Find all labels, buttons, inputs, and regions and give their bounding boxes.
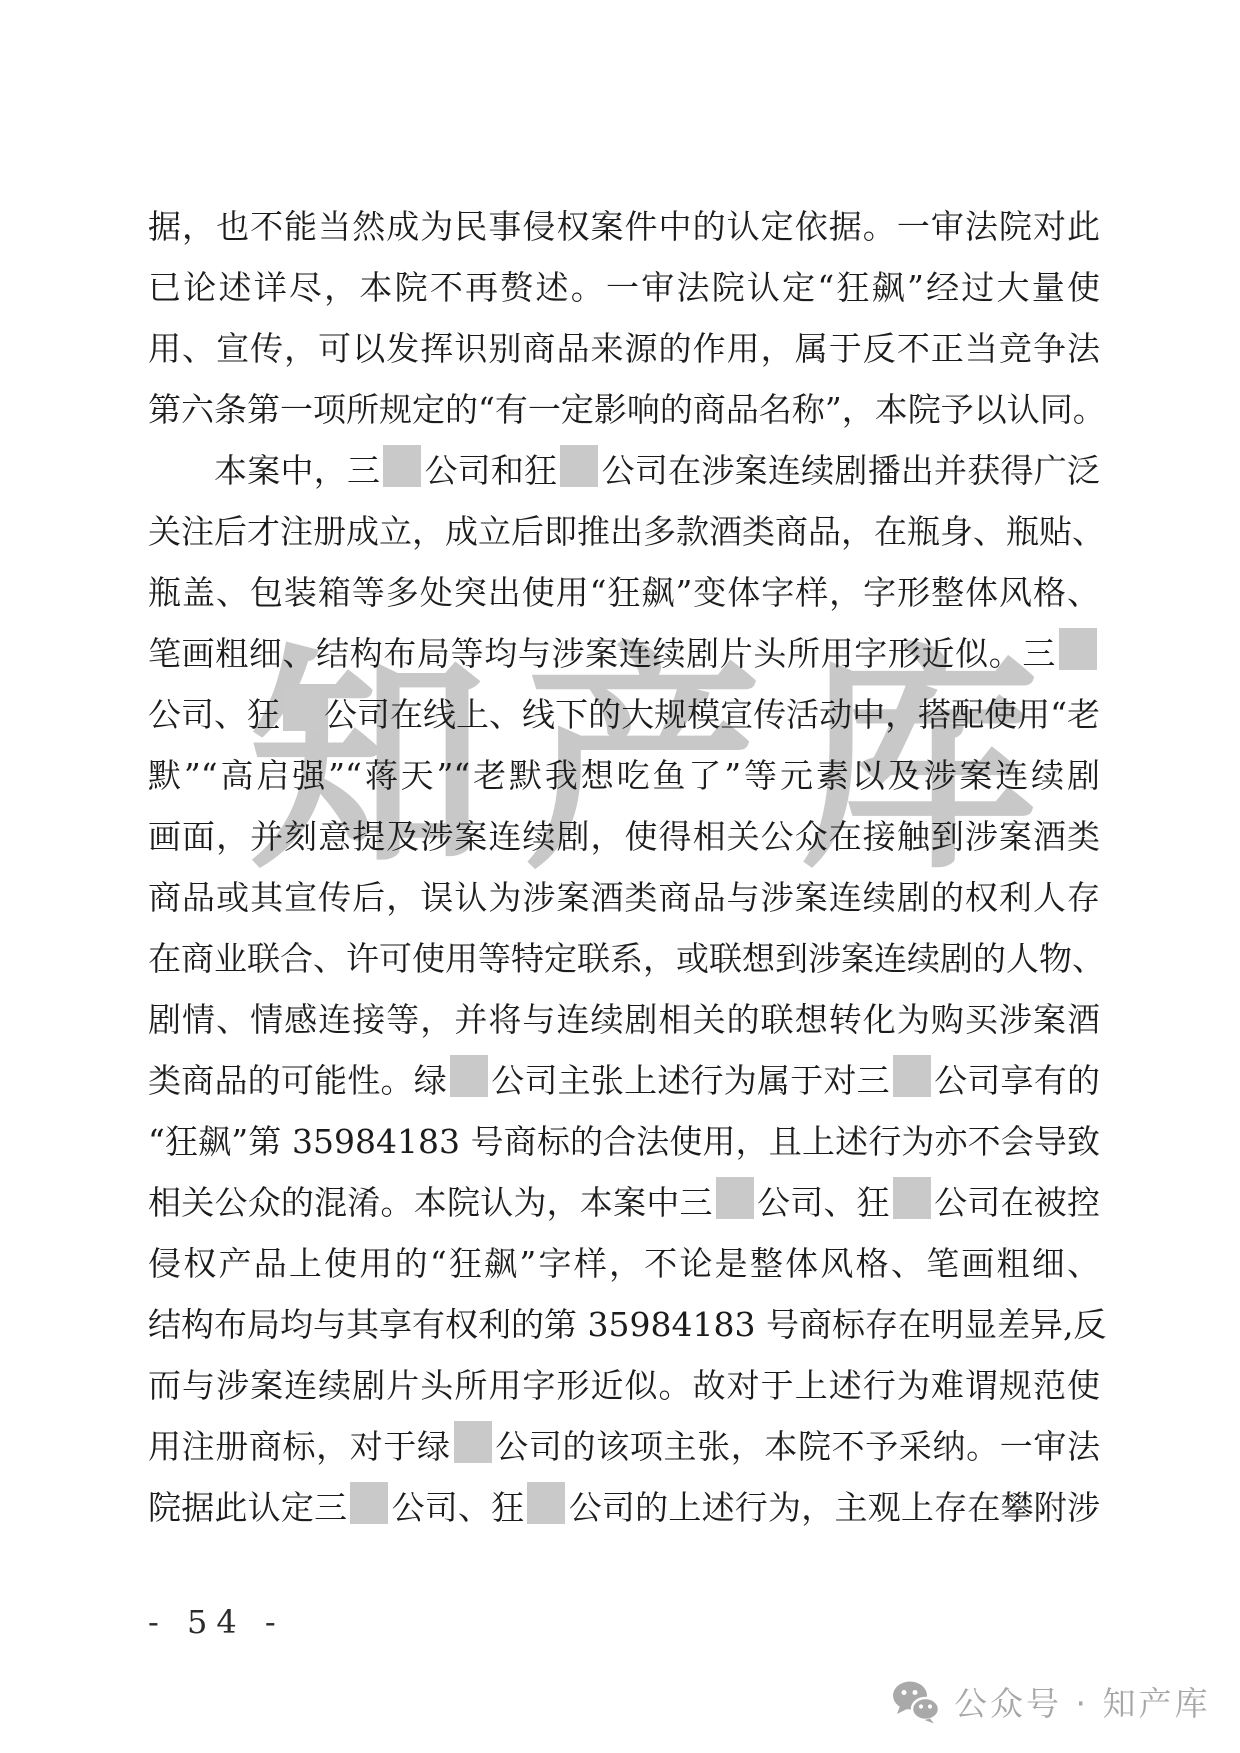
text-segment: 院据此认定三 xyxy=(148,1488,347,1527)
redaction-box xyxy=(893,1055,931,1097)
text-segment: 剧情、情感连接等，并将与连续剧相关的联想转化为购买涉案酒 xyxy=(148,1000,1100,1039)
redaction-box xyxy=(893,1177,931,1219)
paragraph-lines: 据，也不能当然成为民事侵权案件中的认定依据。一审法院对此已论述详尽，本院不再赘述… xyxy=(148,196,1100,1538)
text-segment: 瓶盖、包装箱等多处突出使用“狂飙”变体字样，字形整体风格、 xyxy=(148,573,1100,612)
text-line: 院据此认定三公司、狂公司的上述行为，主观上存在攀附涉 xyxy=(148,1477,1100,1538)
page-number: - 54 - xyxy=(148,1603,285,1641)
text-line: 据，也不能当然成为民事侵权案件中的认定依据。一审法院对此 xyxy=(148,196,1100,257)
text-line: 本案中，三公司和狂公司在涉案连续剧播出并获得广泛 xyxy=(148,440,1100,501)
redaction-box xyxy=(350,1482,388,1524)
document-page: 知产库 据，也不能当然成为民事侵权案件中的认定依据。一审法院对此已论述详尽，本院… xyxy=(0,0,1240,1753)
text-segment: 公司在线上、线下的大规模宣传活动中，搭配使用“老 xyxy=(324,695,1100,734)
text-line: 瓶盖、包装箱等多处突出使用“狂飙”变体字样，字形整体风格、 xyxy=(148,562,1100,623)
redaction-box xyxy=(450,1055,488,1097)
text-segment: 公司的上述行为，主观上存在攀附涉 xyxy=(568,1488,1100,1527)
text-segment: 笔画粗细、结构布局等均与涉案连续剧片头所用字形近似。三 xyxy=(148,634,1056,673)
text-segment: “狂飙”第 35984183 号商标的合法使用，且上述行为亦不会导致 xyxy=(148,1122,1100,1161)
text-segment: 结构布局均与其享有权利的第 35984183 号商标存在明显差异,反 xyxy=(148,1305,1106,1344)
redaction-box xyxy=(560,445,598,487)
text-segment: 公司在涉案连续剧播出并获得广泛 xyxy=(601,451,1100,490)
text-line: 用注册商标，对于绿公司的该项主张，本院不予采纳。一审法 xyxy=(148,1416,1100,1477)
text-segment: 画面，并刻意提及涉案连续剧，使得相关公众在接触到涉案酒类 xyxy=(148,817,1100,856)
text-line: 商品或其宣传后，误认为涉案酒类商品与涉案连续剧的权利人存 xyxy=(148,867,1100,928)
text-segment: 用注册商标，对于绿 xyxy=(148,1427,451,1466)
text-segment: 公司和狂 xyxy=(424,451,557,490)
text-line: 在商业联合、许可使用等特定联系，或联想到涉案连续剧的人物、 xyxy=(148,928,1100,989)
text-line: 相关公众的混淆。本院认为，本案中三公司、狂公司在被控 xyxy=(148,1172,1100,1233)
redaction-box xyxy=(1059,628,1097,670)
text-segment: 公司主张上述行为属于对三 xyxy=(491,1061,890,1100)
text-line: 笔画粗细、结构布局等均与涉案连续剧片头所用字形近似。三 xyxy=(148,623,1100,684)
text-segment: 用、宣传，可以发挥识别商品来源的作用，属于反不正当竞争法 xyxy=(148,329,1100,368)
text-line: 侵权产品上使用的“狂飙”字样，不论是整体风格、笔画粗细、 xyxy=(148,1233,1100,1294)
text-segment: 侵权产品上使用的“狂飙”字样，不论是整体风格、笔画粗细、 xyxy=(148,1244,1100,1283)
text-segment: 默”“高启强”“蒋天”“老默我想吃鱼了”等元素以及涉案连续剧 xyxy=(148,756,1100,795)
text-segment: 关注后才注册成立，成立后即推出多款酒类商品，在瓶身、瓶贴、 xyxy=(148,512,1105,551)
text-line: 而与涉案连续剧片头所用字形近似。故对于上述行为难谓规范使 xyxy=(148,1355,1100,1416)
text-segment: 类商品的可能性。绿 xyxy=(148,1061,447,1100)
redaction-box xyxy=(454,1421,492,1463)
wechat-icon xyxy=(891,1680,941,1724)
text-line: 关注后才注册成立，成立后即推出多款酒类商品，在瓶身、瓶贴、 xyxy=(148,501,1100,562)
redaction-box xyxy=(527,1482,565,1524)
text-segment: 公司、狂 xyxy=(391,1488,524,1527)
text-segment: 据，也不能当然成为民事侵权案件中的认定依据。一审法院对此 xyxy=(148,207,1100,246)
text-segment: 在商业联合、许可使用等特定联系，或联想到涉案连续剧的人物、 xyxy=(148,939,1105,978)
redaction-box xyxy=(383,445,421,487)
text-line: 画面，并刻意提及涉案连续剧，使得相关公众在接触到涉案酒类 xyxy=(148,806,1100,867)
text-segment: 公司在被控 xyxy=(934,1183,1100,1222)
redaction-box xyxy=(716,1177,754,1219)
text-segment: 商品或其宣传后，误认为涉案酒类商品与涉案连续剧的权利人存 xyxy=(148,878,1100,917)
text-segment: 而与涉案连续剧片头所用字形近似。故对于上述行为难谓规范使 xyxy=(148,1366,1100,1405)
text-line: 用、宣传，可以发挥识别商品来源的作用，属于反不正当竞争法 xyxy=(148,318,1100,379)
text-segment: 公司、狂 xyxy=(148,695,280,734)
text-segment: 公司、狂 xyxy=(757,1183,890,1222)
text-segment: 第六条第一项所规定的“有一定影响的商品名称”，本院予以认同。 xyxy=(148,390,1106,429)
text-line: 第六条第一项所规定的“有一定影响的商品名称”，本院予以认同。 xyxy=(148,379,1100,440)
wechat-footer-label: 公众号 · 知产库 xyxy=(954,1678,1210,1725)
text-segment: 相关公众的混淆。本院认为，本案中三 xyxy=(148,1183,713,1222)
wechat-footer: 公众号 · 知产库 xyxy=(891,1678,1210,1725)
text-segment: 公司的该项主张，本院不予采纳。一审法 xyxy=(495,1427,1100,1466)
text-line: 已论述详尽，本院不再赘述。一审法院认定“狂飙”经过大量使 xyxy=(148,257,1100,318)
text-segment: 本案中，三 xyxy=(214,451,380,490)
text-line: 剧情、情感连接等，并将与连续剧相关的联想转化为购买涉案酒 xyxy=(148,989,1100,1050)
text-segment: 已论述详尽，本院不再赘述。一审法院认定“狂飙”经过大量使 xyxy=(148,268,1100,307)
text-segment: 公司享有的 xyxy=(934,1061,1100,1100)
text-line: 结构布局均与其享有权利的第 35984183 号商标存在明显差异,反 xyxy=(148,1294,1100,1355)
text-line: 公司、狂公司在线上、线下的大规模宣传活动中，搭配使用“老 xyxy=(148,684,1100,745)
text-line: 类商品的可能性。绿公司主张上述行为属于对三公司享有的 xyxy=(148,1050,1100,1111)
text-line: “狂飙”第 35984183 号商标的合法使用，且上述行为亦不会导致 xyxy=(148,1111,1100,1172)
text-line: 默”“高启强”“蒋天”“老默我想吃鱼了”等元素以及涉案连续剧 xyxy=(148,745,1100,806)
redaction-box xyxy=(283,689,321,731)
